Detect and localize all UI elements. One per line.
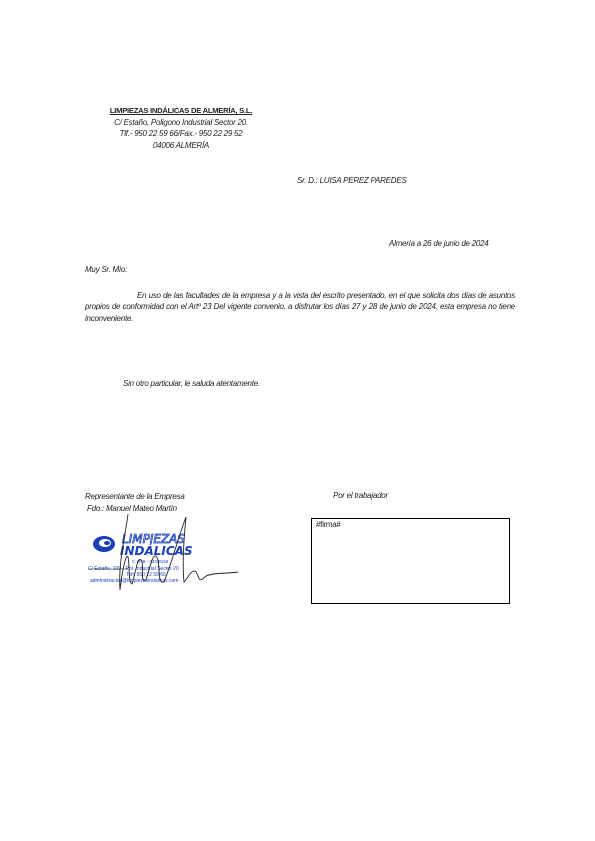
greeting: Muy Sr. Mío: — [85, 265, 127, 274]
company-address: C/ Estaño, Poligono Industrial Sector 20… — [84, 117, 278, 129]
closing: Sin otro particular, le saluda atentamen… — [123, 379, 260, 388]
company-name: LIMPIEZAS INDÁLICAS DE ALMERÍA, S.L. — [84, 105, 278, 117]
stamp-logo-icon — [93, 536, 115, 552]
company-signature-block: Representante de la Empresa Fdo.: Manuel… — [85, 491, 185, 514]
worker-signature-box[interactable]: #firma# — [311, 518, 510, 604]
body-text: En uso de las facultades de la empresa y… — [85, 291, 515, 323]
date-line: Almería a 26 de junio de 2024 — [389, 239, 489, 248]
company-stamp-with-signature: LIMPIEZAS INDÁLICAS C.I.F.B - 042/8159 C… — [88, 512, 238, 592]
letterhead: LIMPIEZAS INDÁLICAS DE ALMERÍA, S.L. C/ … — [84, 105, 278, 151]
company-phone-fax: Tlf.- 950 22 59 66/Fax.- 950 22 29 52 — [84, 128, 278, 140]
letter-body: En uso de las facultades de la empresa y… — [85, 290, 515, 324]
signature-placeholder: #firma# — [316, 520, 341, 529]
company-representative-label: Representante de la Empresa — [85, 491, 185, 503]
recipient: Sr. D.: LUISA PEREZ PAREDES — [297, 176, 406, 185]
worker-signature-label: Por el trabajador — [333, 491, 388, 500]
company-postal: 04006 ALMERÍA — [84, 140, 278, 152]
